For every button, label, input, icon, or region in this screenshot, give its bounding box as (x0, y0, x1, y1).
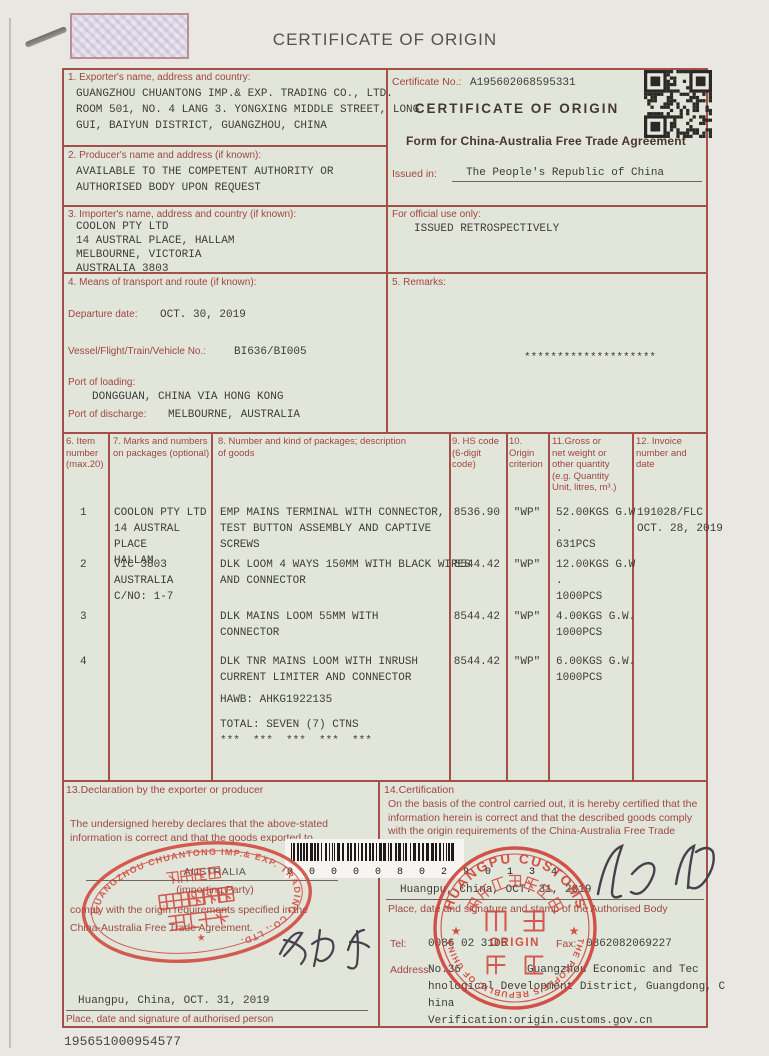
row4-hs-code: 8544.42 (450, 654, 500, 670)
row4-description: DLK TNR MAINS LOOM WITH INRUSH CURRENT L… (220, 654, 418, 686)
company-stamp-star: ★ (196, 932, 206, 944)
divider-bottom-columns (378, 780, 380, 1028)
box2-label: 2. Producer's name and address (if known… (68, 150, 368, 163)
box1-exporter-text: GUANGZHOU CHUANTONG IMP.& EXP. TRADING C… (76, 86, 419, 134)
row4-quantity: 6.00KGS G.W. 1000PCS (556, 654, 635, 686)
row3-hs-code: 8544.42 (450, 609, 500, 625)
customs-stamp-huangpu-hanzi (487, 912, 544, 931)
table-col-sep-10-11 (548, 432, 550, 780)
vessel-label: Vessel/Flight/Train/Vehicle No.: (68, 346, 206, 359)
customs-round-stamp: HUANGPU CUSTOMS THE PEOPLE'S REPUBLIC OF… (430, 843, 600, 1013)
box4-label: 4. Means of transport and route (if know… (68, 277, 256, 290)
box5-label: 5. Remarks: (392, 277, 446, 290)
scanned-certificate-page: CERTIFICATE OF ORIGIN 1. Exporter's name… (0, 0, 769, 1056)
customs-stamp-star-left: ★ (451, 924, 462, 938)
certificate-title: CERTIFICATE OF ORIGIN (392, 101, 642, 116)
box3-importer-text: COOLON PTY LTD 14 AUSTRAL PLACE, HALLAM … (76, 220, 234, 276)
line-box1-box2 (62, 145, 388, 147)
box2-producer-text: AVAILABLE TO THE COMPETENT AUTHORITY OR … (76, 164, 333, 196)
row2-criterion: "WP" (508, 557, 546, 573)
vessel-value: BI636/BI005 (234, 344, 307, 360)
box13-place-label: Place, date and signature of authorised … (66, 1014, 273, 1027)
scan-crease (9, 18, 11, 1048)
issued-in-value: The People's Republic of China (466, 165, 664, 181)
official-use-label: For official use only: (392, 209, 481, 222)
box1-label: 1. Exporter's name, address and country: (68, 72, 368, 85)
col7-header: 7. Marks and numbers on packages (option… (113, 436, 210, 459)
table-col-sep-6-7 (108, 432, 110, 780)
customs-stamp-inner-ring-hanzi (466, 876, 563, 913)
certificate-no-label: Certificate No.: (392, 76, 461, 89)
row1-criterion: "WP" (508, 505, 546, 521)
table-col-sep-9-10 (506, 432, 508, 780)
address-label: Address: (390, 964, 431, 977)
authorised-body-signature (588, 836, 716, 908)
box13-place-date: Huangpu, China, OCT. 31, 2019 (78, 993, 269, 1009)
total-line: TOTAL: SEVEN (7) CTNS (220, 717, 359, 733)
row2-quantity: 12.00KGS G.W . 1000PCS (556, 557, 635, 605)
certificate-no-value: A195602068595331 (470, 75, 576, 91)
box13-signature-underline (66, 1010, 368, 1011)
company-stamp-row2-hanzi (159, 887, 234, 910)
authorised-person-signature (272, 918, 384, 978)
customs-stamp-origin-text: ORIGIN (490, 937, 540, 949)
col6-header: 6. Item number (max.20) (66, 436, 106, 471)
port-discharge-value: MELBOURNE, AUSTRALIA (168, 407, 300, 423)
port-loading-label: Port of loading: (68, 377, 135, 390)
company-stamp-row3-hanzi (168, 909, 228, 930)
marks-block-2: VIC 3803 AUSTRALIA C/NO: 1-7 (114, 557, 173, 605)
col9-header: 9. HS code (6-digit code) (452, 436, 504, 471)
hawb-line: HAWB: AHKG1922135 (220, 692, 332, 708)
port-loading-value: DONGGUAN, CHINA VIA HONG KONG (92, 389, 283, 405)
line-box2-box3 (62, 205, 708, 207)
table-col-sep-7-8 (211, 432, 213, 780)
asterisks-line: *** *** *** *** *** (220, 733, 372, 749)
col12-header: 12. Invoice number and date (636, 436, 704, 471)
col10-header: 10. Origin criterion (509, 436, 549, 471)
verification-url: Verification:origin.customs.gov.cn (428, 1013, 652, 1029)
row1-invoice: 191028/FLC OCT. 28, 2019 (637, 505, 723, 537)
customs-stamp-haiguan-hanzi (488, 957, 543, 974)
row1-item: 1 (80, 505, 87, 521)
line-table-top (62, 432, 708, 434)
qr-code (644, 70, 712, 138)
page-title: CERTIFICATE OF ORIGIN (62, 30, 708, 50)
box14-label: 14.Certification (384, 784, 454, 797)
company-stamp-row1-hanzi (167, 867, 221, 884)
row2-description: DLK LOOM 4 WAYS 150MM WITH BLACK WIRES A… (220, 557, 471, 589)
row3-criterion: "WP" (508, 609, 546, 625)
row2-item: 2 (80, 557, 87, 573)
tel-label: Tel: (390, 938, 406, 951)
box13-label: 13.Declaration by the exporter or produc… (66, 784, 263, 797)
row3-quantity: 4.00KGS G.W. 1000PCS (556, 609, 635, 641)
bottom-serial-number: 195651000954577 (64, 1034, 181, 1049)
official-use-value: ISSUED RETROSPECTIVELY (414, 221, 559, 237)
row3-description: DLK MAINS LOOM 55MM WITH CONNECTOR (220, 609, 378, 641)
row2-hs-code: 8544.42 (450, 557, 500, 573)
col11-header: 11.Gross or net weight or other quantity… (552, 436, 630, 494)
departure-date-label: Departure date: (68, 309, 138, 322)
table-col-sep-11-12 (632, 432, 634, 780)
remarks-value: ******************** (524, 350, 656, 366)
port-discharge-label: Port of discharge: (68, 409, 146, 422)
row4-criterion: "WP" (508, 654, 546, 670)
line-table-bottom (62, 780, 708, 782)
col8-header: 8. Number and kind of packages; descript… (218, 436, 440, 459)
issued-in-label: Issued in: (392, 168, 437, 181)
row1-quantity: 52.00KGS G.W . 631PCS (556, 505, 635, 553)
row3-item: 3 (80, 609, 87, 625)
departure-date-value: OCT. 30, 2019 (160, 307, 246, 323)
row1-hs-code: 8536.90 (450, 505, 500, 521)
table-col-sep-8-9 (449, 432, 451, 780)
row4-item: 4 (80, 654, 87, 670)
customs-stamp-star-right: ★ (569, 924, 580, 938)
row1-description: EMP MAINS TERMINAL WITH CONNECTOR, TEST … (220, 505, 444, 553)
issued-in-underline (452, 181, 702, 182)
